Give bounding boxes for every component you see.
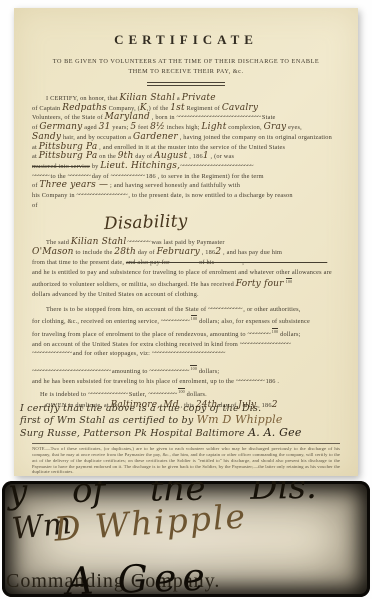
printed-text: , and has pay due him [221, 249, 282, 256]
handwritten-text: 1st [170, 103, 185, 113]
doc-line: of Three years — ; and having served hon… [32, 181, 340, 191]
printed-text: feet [136, 124, 150, 131]
printed-text: dollars. [185, 391, 207, 398]
printed-text: amounting to [110, 368, 149, 375]
printed-text: Volunteers, of the State of [32, 114, 105, 121]
printed-text: ~~~~~~~~~~ [236, 377, 264, 385]
doc-line: Disability [104, 207, 341, 237]
printed-text: 100 [286, 278, 293, 284]
doc-line: ~~~~~~~~~~~~~~~~~~~~~~~~~~~~ amounting t… [32, 364, 340, 377]
printed-text: , 186 [200, 249, 215, 256]
printed-text: and he is entitled to pay and subsistenc… [32, 269, 332, 276]
document-subtitle-line1: TO BE GIVEN TO VOLUNTEERS AT THE TIME OF… [32, 58, 340, 65]
printed-text: ~~~~~~ [32, 172, 49, 180]
printed-text: ~~~~~~~~~~~~~~~~~~~~~~~~~~~~~~ [177, 113, 261, 121]
doc-line: Surg Russe, Patterson Pk Hospital Baltim… [20, 428, 340, 441]
printed-text: for traveling from place of enrolment to… [32, 331, 247, 338]
doc-line: and on account of the United States for … [32, 340, 340, 350]
printed-text: ~~~~~~~~~~~~~~~~~~~~~~~~~~ [180, 162, 252, 170]
printed-text: ~~~~~~~~~~~~~~~~~~~~~~~~~~ [152, 349, 224, 357]
doc-line: of Germany aged 31 years; 5 feet 8½ inch… [32, 123, 340, 133]
handwritten-text: I certify that the above is a true copy … [20, 403, 261, 414]
printed-text: ~~~~~~~~~~~~~~ [32, 349, 71, 357]
handwritten-text: Maryland [105, 112, 150, 122]
handwritten-text: 31 [99, 122, 111, 132]
handwritten-text: 2 [272, 400, 278, 410]
printed-text: and he has been subsisted for traveling … [32, 378, 236, 385]
handwritten-text: Private [182, 93, 216, 103]
printed-text: I CERTIFY, on honor, that [46, 95, 120, 102]
printed-text: ~~~~~~~~~~ [148, 390, 176, 398]
doc-line: at Pittsburg Pa on the 9th day of August… [32, 152, 340, 162]
handwritten-text: O'Mason [32, 247, 74, 257]
printed-text: , 186 [187, 153, 202, 160]
handwritten-text: Kilian Stahl [71, 237, 127, 247]
doc-line: and he has been subsisted for traveling … [32, 377, 340, 387]
printed-text: Company, ( [107, 105, 140, 112]
printed-text: mustered into service [32, 163, 90, 170]
printed-text: of [32, 202, 38, 209]
printed-text: , or other authorities, [242, 306, 301, 313]
doc-line: from that time to the present date, and … [32, 258, 340, 268]
screenshot-stage: CERTIFICATE TO BE GIVEN TO VOLUNTEERS AT… [0, 0, 372, 599]
printed-text: ~~~~~~~~~~~~~~ [149, 367, 188, 375]
handwritten-text: August [154, 151, 187, 161]
handwritten-text: Disability [104, 212, 188, 235]
doc-line: of Captain Redpaths Company, (K,) of the… [32, 104, 340, 114]
title-divider [147, 82, 225, 86]
printed-text: of Captain [32, 105, 62, 112]
printed-text: aged [82, 124, 98, 131]
handwritten-text: Gray [264, 122, 287, 132]
printed-text: ~~~~~~~~ [247, 330, 269, 338]
doc-line: mustered into service by Lieut. Hitching… [32, 162, 340, 172]
printed-text: inches high; [165, 124, 202, 131]
handwritten-text: Wm D Whipple [197, 413, 283, 426]
printed-text: ~~~~~~~~~~~~~~~~~~~~~~~~~~~~ [32, 367, 110, 375]
printed-text: from that time to the present date, [32, 259, 126, 266]
printed-text: ; and having served honestly and faithfu… [108, 182, 240, 189]
printed-text: ~~~~~~~~~~~~~~~~~~ [76, 191, 126, 199]
handwritten-text: Gardener [133, 132, 178, 142]
doc-line: He is indebted to ~~~~~~~~~~~~~~ Sutler,… [32, 387, 340, 400]
printed-text: 186 . [264, 378, 279, 385]
handwritten-text: Sandy [32, 132, 61, 142]
printed-text: day of [136, 249, 157, 256]
doc-line: ~~~~~~~~~~~~~~ and for other stoppages, … [32, 349, 340, 359]
handwritten-text: Kilian Stahl [120, 93, 176, 103]
doc-line: for traveling from place of enrolment to… [32, 327, 340, 340]
printed-text: Regiment of [185, 105, 222, 112]
document-subtitle-line2: THEM TO RECEIVE THEIR PAY, &c. [32, 68, 340, 75]
overlapping-signature: A Gee [65, 554, 211, 597]
printed-text: ~~~~~~~~ [127, 238, 150, 246]
printed-text: years; [111, 124, 131, 131]
footnote: NOTE.—Two of these certificates, (or dup… [32, 443, 340, 475]
handwritten-text: 28th [114, 247, 136, 257]
printed-text: ,) of the [147, 105, 170, 112]
printed-text: to include the [74, 249, 115, 256]
doc-line: I certify that the above is a true copy … [20, 404, 340, 416]
printed-text: , and enrolled in it at the muster into … [97, 144, 285, 151]
printed-text: day of [90, 173, 111, 180]
printed-text: , (or was [209, 153, 234, 160]
doc-line: his Company in ~~~~~~~~~~~~~~~~~~ , to t… [32, 191, 340, 201]
handwritten-text: 9th [118, 151, 134, 161]
printed-text: dollars; also, for expenses of subsisten… [197, 318, 310, 325]
doc-line: dollars advanced by the United States on… [32, 290, 340, 300]
handwritten-text: Redpaths [62, 103, 107, 113]
doc-line: for clothing, &c., received on entering … [32, 314, 340, 327]
handwritten-text: A. A. Gee [248, 426, 301, 439]
printed-text: 100 [178, 388, 185, 394]
printed-text: There is to be stopped from him, on acco… [46, 306, 208, 313]
printed-text: The said [46, 239, 71, 246]
doc-line: and he is entitled to pay and subsistenc… [32, 268, 340, 278]
printed-text: his Company in [32, 192, 76, 199]
printed-text: was last paid by Paymaster [150, 239, 225, 246]
printed-text: complexion, [227, 124, 264, 131]
printed-text: ~~~~~~~~~~~~ [111, 172, 144, 180]
printed-text: Sutler, [127, 391, 148, 398]
handwritten-text: 8½ [150, 122, 165, 132]
printed-text: ~~~~~~~~~~ [161, 317, 189, 325]
doc-line: O'Mason to include the 28th day of Febru… [32, 248, 340, 258]
printed-text: day of [133, 153, 154, 160]
printed-text: ~~~~~~~~ [68, 172, 90, 180]
printed-text: for clothing, &c., received on entering … [32, 318, 161, 325]
printed-text: and also pay for ———— of his ————, ———— … [126, 259, 327, 266]
certificate-document: CERTIFICATE TO BE GIVEN TO VOLUNTEERS AT… [14, 8, 358, 476]
printed-text: and on account of the United States for … [32, 341, 240, 348]
handwritten-text: Germany [39, 122, 82, 132]
printed-text: authorized to volunteer soldiers, or mil… [32, 281, 236, 288]
document-title: CERTIFICATE [32, 32, 340, 48]
handwritten-text: Three years — [39, 180, 108, 190]
printed-text: , born in [150, 114, 177, 121]
printed-text: by [90, 163, 100, 170]
printed-text: dollars; [197, 368, 219, 375]
printed-text: eyes, [286, 124, 302, 131]
certificate-body: I CERTIFY, on honor, that Kilian Stahl a… [32, 94, 340, 440]
printed-text: , to the present date, is now entitled t… [127, 192, 293, 199]
printed-text: 186 , to serve in the Regiment) for the … [144, 173, 264, 180]
printed-text: on the [97, 153, 117, 160]
printed-text: ~~~~~~~~~~~~ [208, 305, 241, 313]
printed-text: dollars; [278, 331, 300, 338]
printed-text: at [32, 153, 39, 160]
handwritten-text: Pittsburg Pa [39, 151, 98, 161]
printed-text: dollars advanced by the United States on… [32, 291, 199, 298]
doc-line: authorized to volunteer soldiers, or mil… [32, 277, 340, 290]
printed-text: hair, and by occupation a [61, 134, 133, 141]
handwritten-text: Cavalry [222, 103, 258, 113]
doc-line: There is to be stopped from him, on acco… [32, 305, 340, 315]
printed-text: State [260, 114, 275, 121]
handwritten-text: Light [201, 122, 226, 132]
handwritten-text: Lieut. Hitchings, [100, 161, 180, 171]
handwritten-text: Pittsburg Pa [39, 142, 98, 152]
printed-text: ~~~~~~~~~~~~~~~~~~ [240, 340, 290, 348]
handwritten-text: February [157, 247, 200, 257]
handwritten-text: first of Wm Stahl as certified to by [20, 415, 197, 426]
printed-text: ~~~~~~~~~~~~~~ [88, 390, 127, 398]
printed-text: at [32, 144, 39, 151]
printed-text: and for other stoppages, viz: [71, 350, 152, 357]
printed-text: to the [49, 173, 68, 180]
handwritten-text: K [140, 103, 147, 113]
signature-magnified-crop: y of the Dis. Wm D Whipple Commanding Co… [2, 481, 370, 597]
handwritten-text: Forty four [236, 279, 284, 289]
printed-text: , having joined the company on its origi… [178, 134, 332, 141]
printed-text: He is indebted to [40, 391, 88, 398]
handwritten-text: Surg Russe, Patterson Pk Hospital Baltim… [20, 428, 248, 439]
